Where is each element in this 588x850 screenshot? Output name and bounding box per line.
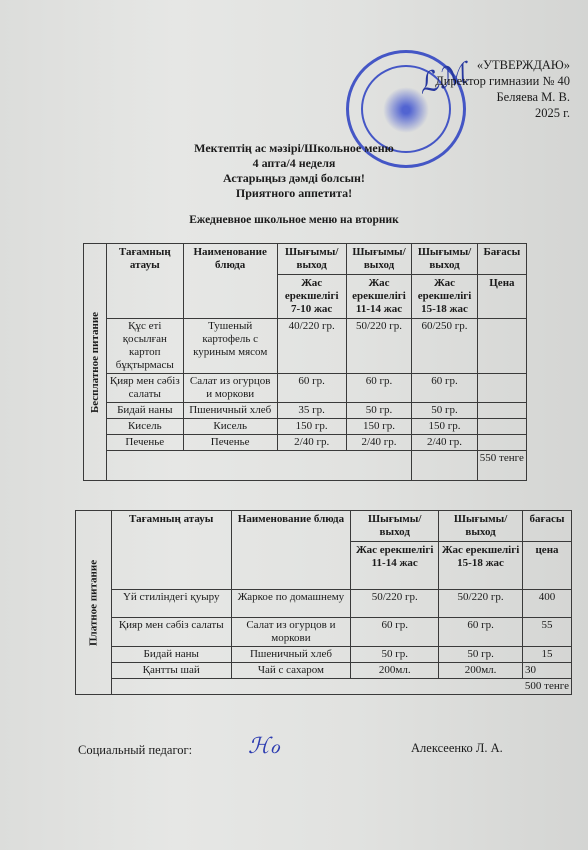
price	[477, 319, 526, 374]
col-age-1: Жас ерекшелігі 7-10 жас	[277, 275, 346, 319]
price	[477, 435, 526, 451]
yield-age-1: 50 гр.	[351, 647, 439, 663]
table-row: Үй стиліндегі қуыру Жаркое по домашнему …	[76, 590, 572, 618]
table-row: Қияр мен сәбіз салаты Салат из огурцов и…	[76, 618, 572, 647]
table-row: Кисель Кисель 150 гр. 150 гр. 150 гр.	[84, 419, 527, 435]
yield-age-2: 200мл.	[439, 663, 523, 679]
dish-kz: Бидай наны	[106, 403, 183, 419]
col-age-1: Жас ерекшелігі 11-14 жас	[351, 542, 439, 590]
paid-menu-table: Платное питание Тағамның атауы Наименова…	[75, 510, 572, 695]
col-price-kz: бағасы	[523, 511, 572, 542]
col-yield-3: Шығымы/ выход	[412, 244, 478, 275]
col-name-ru: Наименование блюда	[231, 511, 351, 590]
dish-ru: Чай с сахаром	[231, 663, 351, 679]
approval-block: «УТВЕРЖДАЮ» Директор гимназии № 40 Беляе…	[435, 57, 570, 121]
header-line-4: Приятного аппетита!	[0, 186, 588, 201]
pedagogue-signature: ℋℴ	[248, 733, 280, 759]
price	[477, 374, 526, 403]
dish-ru: Печенье	[183, 435, 277, 451]
table-row: Печенье Печенье 2/40 гр. 2/40 гр. 2/40 г…	[84, 435, 527, 451]
free-total: 550 тенге	[477, 451, 526, 481]
col-yield-1: Шығымы/ выход	[351, 511, 439, 542]
approval-position: Директор гимназии № 40	[435, 73, 570, 89]
table-row: Қантты шай Чай с сахаром 200мл. 200мл. 3…	[76, 663, 572, 679]
yield-age-2: 2/40 гр.	[346, 435, 412, 451]
yield-age-3: 50 гр.	[412, 403, 478, 419]
yield-age-1: 50/220 гр.	[351, 590, 439, 618]
document-page: ℒℳ «УТВЕРЖДАЮ» Директор гимназии № 40 Бе…	[0, 0, 588, 850]
table-row: Бидай наны Пшеничный хлеб 35 гр. 50 гр. …	[84, 403, 527, 419]
col-name-kz: Тағамның атауы	[111, 511, 231, 590]
approval-title: «УТВЕРЖДАЮ»	[435, 57, 570, 73]
dish-ru: Тушеный картофель с куриным мясом	[183, 319, 277, 374]
yield-age-3: 150 гр.	[412, 419, 478, 435]
header-line-2: 4 апта/4 неделя	[0, 156, 588, 171]
price	[477, 403, 526, 419]
yield-age-3: 60/250 гр.	[412, 319, 478, 374]
approval-name: Беляева М. В.	[435, 89, 570, 105]
dish-kz: Қияр мен сәбіз салаты	[111, 618, 231, 647]
yield-age-2: 50/220 гр.	[346, 319, 412, 374]
paid-total: 500 тенге	[111, 679, 571, 695]
yield-age-1: 60 гр.	[351, 618, 439, 647]
yield-age-1: 60 гр.	[277, 374, 346, 403]
price: 30	[523, 663, 572, 679]
menu-header: Мектептің ас мәзірі/Школьное меню 4 апта…	[0, 141, 588, 201]
table-row: Бидай наны Пшеничный хлеб 50 гр. 50 гр. …	[76, 647, 572, 663]
yield-age-1: 35 гр.	[277, 403, 346, 419]
price: 55	[523, 618, 572, 647]
dish-ru: Кисель	[183, 419, 277, 435]
day-title: Ежедневное школьное меню на вторник	[0, 214, 588, 226]
total-row: 550 тенге	[84, 451, 527, 481]
dish-ru: Салат из огурцов и моркови	[183, 374, 277, 403]
yield-age-3: 60 гр.	[412, 374, 478, 403]
col-yield-2: Шығымы/ выход	[439, 511, 523, 542]
dish-kz: Үй стиліндегі қуыру	[111, 590, 231, 618]
yield-age-2: 50 гр.	[439, 647, 523, 663]
col-price-kz: Бағасы	[477, 244, 526, 275]
dish-ru: Пшеничный хлеб	[231, 647, 351, 663]
total-spacer-2	[412, 451, 478, 481]
dish-kz: Бидай наны	[111, 647, 231, 663]
header-line-3: Астарыңыз дәмді болсын!	[0, 171, 588, 186]
col-price-ru: цена	[523, 542, 572, 590]
dish-ru: Пшеничный хлеб	[183, 403, 277, 419]
col-age-2: Жас ерекшелігі 15-18 жас	[439, 542, 523, 590]
yield-age-1: 150 гр.	[277, 419, 346, 435]
yield-age-3: 2/40 гр.	[412, 435, 478, 451]
yield-age-1: 2/40 гр.	[277, 435, 346, 451]
footer-role: Социальный педагог:	[78, 743, 192, 758]
price: 400	[523, 590, 572, 618]
col-age-2: Жас ерекшелігі 11-14 жас	[346, 275, 412, 319]
free-menu-table: Бесплатное питание Тағамның атауы Наимен…	[83, 243, 527, 481]
free-section-label: Бесплатное питание	[84, 244, 107, 481]
yield-age-2: 150 гр.	[346, 419, 412, 435]
footer-name: Алексеенко Л. А.	[411, 741, 503, 756]
dish-kz: Кисель	[106, 419, 183, 435]
dish-kz: Құс еті қосылған картоп бұқтырмасы	[106, 319, 183, 374]
dish-kz: Печенье	[106, 435, 183, 451]
col-price-ru: Цена	[477, 275, 526, 319]
table-row: Қияр мен сәбіз салаты Салат из огурцов и…	[84, 374, 527, 403]
header-line-1: Мектептің ас мәзірі/Школьное меню	[0, 141, 588, 156]
total-spacer	[106, 451, 411, 481]
price: 15	[523, 647, 572, 663]
total-row: 500 тенге	[76, 679, 572, 695]
col-name-ru: Наименование блюда	[183, 244, 277, 319]
col-yield-1: Шығымы/ выход	[277, 244, 346, 275]
yield-age-2: 60 гр.	[439, 618, 523, 647]
dish-ru: Жаркое по домашнему	[231, 590, 351, 618]
paid-section-label: Платное питание	[76, 511, 112, 695]
col-name-kz: Тағамның атауы	[106, 244, 183, 319]
price	[477, 419, 526, 435]
dish-kz: Қияр мен сәбіз салаты	[106, 374, 183, 403]
approval-date: 2025 г.	[435, 105, 570, 121]
col-yield-2: Шығымы/ выход	[346, 244, 412, 275]
col-age-3: Жас ерекшелігі 15-18 жас	[412, 275, 478, 319]
yield-age-2: 60 гр.	[346, 374, 412, 403]
table-row: Құс еті қосылған картоп бұқтырмасы Тушен…	[84, 319, 527, 374]
dish-ru: Салат из огурцов и моркови	[231, 618, 351, 647]
yield-age-2: 50/220 гр.	[439, 590, 523, 618]
dish-kz: Қантты шай	[111, 663, 231, 679]
yield-age-2: 50 гр.	[346, 403, 412, 419]
yield-age-1: 200мл.	[351, 663, 439, 679]
yield-age-1: 40/220 гр.	[277, 319, 346, 374]
